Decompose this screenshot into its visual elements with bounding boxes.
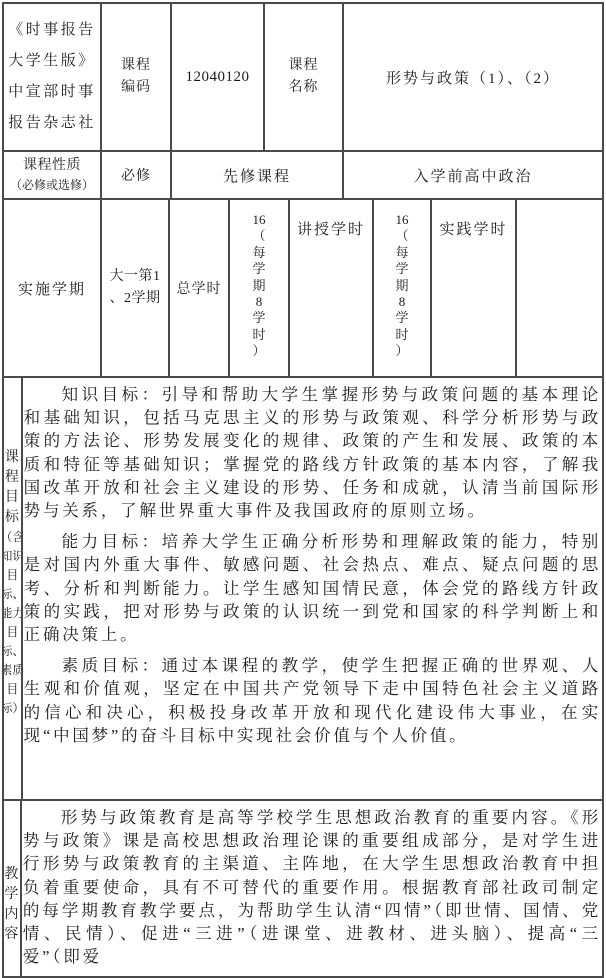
total-hours-label-cell: 总学时	[170, 200, 230, 376]
lecture-hours-label-cell: 讲授学时	[290, 200, 374, 376]
course-name-value-cell: 形势与政策（1）、（2）	[344, 4, 602, 150]
publisher-cell: 《时事报告 大学生版》 中宣部时事 报告杂志社	[4, 4, 102, 150]
course-nature-value-cell: 必修	[102, 152, 172, 198]
lecture-hours-value-cell: 16 （ 每 学 期 8 学 时 ）	[374, 200, 432, 376]
prerequisite-value-cell: 入学前高中政治	[344, 152, 602, 198]
objectives-paragraph-ability: 能力目标：培养大学生正确分析形势和理解政策的能力，特别是对国内外重大事件、敏感问…	[24, 530, 601, 646]
course-objectives-label-cell: 课程目标 （含知识目标、 能力目标、素质 目标）	[4, 378, 23, 799]
course-nature-label-cell: 课程性质 （必修或选修）	[4, 152, 102, 198]
course-nature-label: 课程性质	[23, 156, 81, 176]
course-info-table: 《时事报告 大学生版》 中宣部时事 报告杂志社 课程 编码 12040120 课…	[2, 2, 604, 978]
implementation-semester-label-cell: 实施学期	[4, 200, 102, 376]
total-hours-value-cell: 16 （ 每 学 期 8 学 时 ）	[230, 200, 290, 376]
course-code-label-cell: 课程 编码	[102, 4, 172, 150]
course-objectives-row: 课程目标 （含知识目标、 能力目标、素质 目标） 知识目标：引导和帮助大学生掌握…	[4, 378, 602, 801]
teaching-content-label: 教学内容	[4, 865, 20, 945]
teaching-content-text-cell: 形势与政策教育是高等学校学生思想政治教育的重要内容。《形势与政策》课是高校思想政…	[22, 801, 602, 976]
semester-value-cell: 大一第1 、2学期	[102, 200, 170, 376]
practice-hours-label-cell: 实践学时	[432, 200, 517, 376]
course-nature-row: 课程性质 （必修或选修） 必修 先修课程 入学前高中政治	[4, 152, 602, 200]
course-nature-label-sub: （必修或选修）	[10, 176, 94, 194]
header-row: 《时事报告 大学生版》 中宣部时事 报告杂志社 课程 编码 12040120 课…	[4, 4, 602, 152]
course-name-label-cell: 课程 名称	[265, 4, 344, 150]
schedule-row: 实施学期 大一第1 、2学期 总学时 16 （ 每 学 期 8 学 时 ） 讲授…	[4, 200, 602, 378]
prerequisite-label-cell: 先修课程	[172, 152, 344, 198]
objectives-paragraph-quality: 素质目标：通过本课程的教学，使学生把握正确的世界观、人生观和价值观，坚定在中国共…	[24, 654, 601, 747]
practice-hours-value-cell	[517, 200, 602, 376]
course-code-value-cell: 12040120	[172, 4, 265, 150]
course-objectives-label-sub: （含知识目标、 能力目标、素质 目标）	[4, 528, 23, 718]
page: 《时事报告 大学生版》 中宣部时事 报告杂志社 课程 编码 12040120 课…	[0, 0, 606, 978]
teaching-content-paragraph: 形势与政策教育是高等学校学生思想政治教育的重要内容。《形势与政策》课是高校思想政…	[23, 806, 601, 968]
course-objectives-text-cell: 知识目标：引导和帮助大学生掌握形势与政策问题的基本理论和基础知识，包括马克思主义…	[23, 378, 602, 799]
course-objectives-label: 课程目标	[4, 448, 21, 528]
teaching-content-row: 教学内容 形势与政策教育是高等学校学生思想政治教育的重要内容。《形势与政策》课是…	[4, 801, 602, 976]
objectives-paragraph-knowledge: 知识目标：引导和帮助大学生掌握形势与政策问题的基本理论和基础知识，包括马克思主义…	[24, 383, 601, 522]
teaching-content-label-cell: 教学内容	[4, 801, 22, 976]
